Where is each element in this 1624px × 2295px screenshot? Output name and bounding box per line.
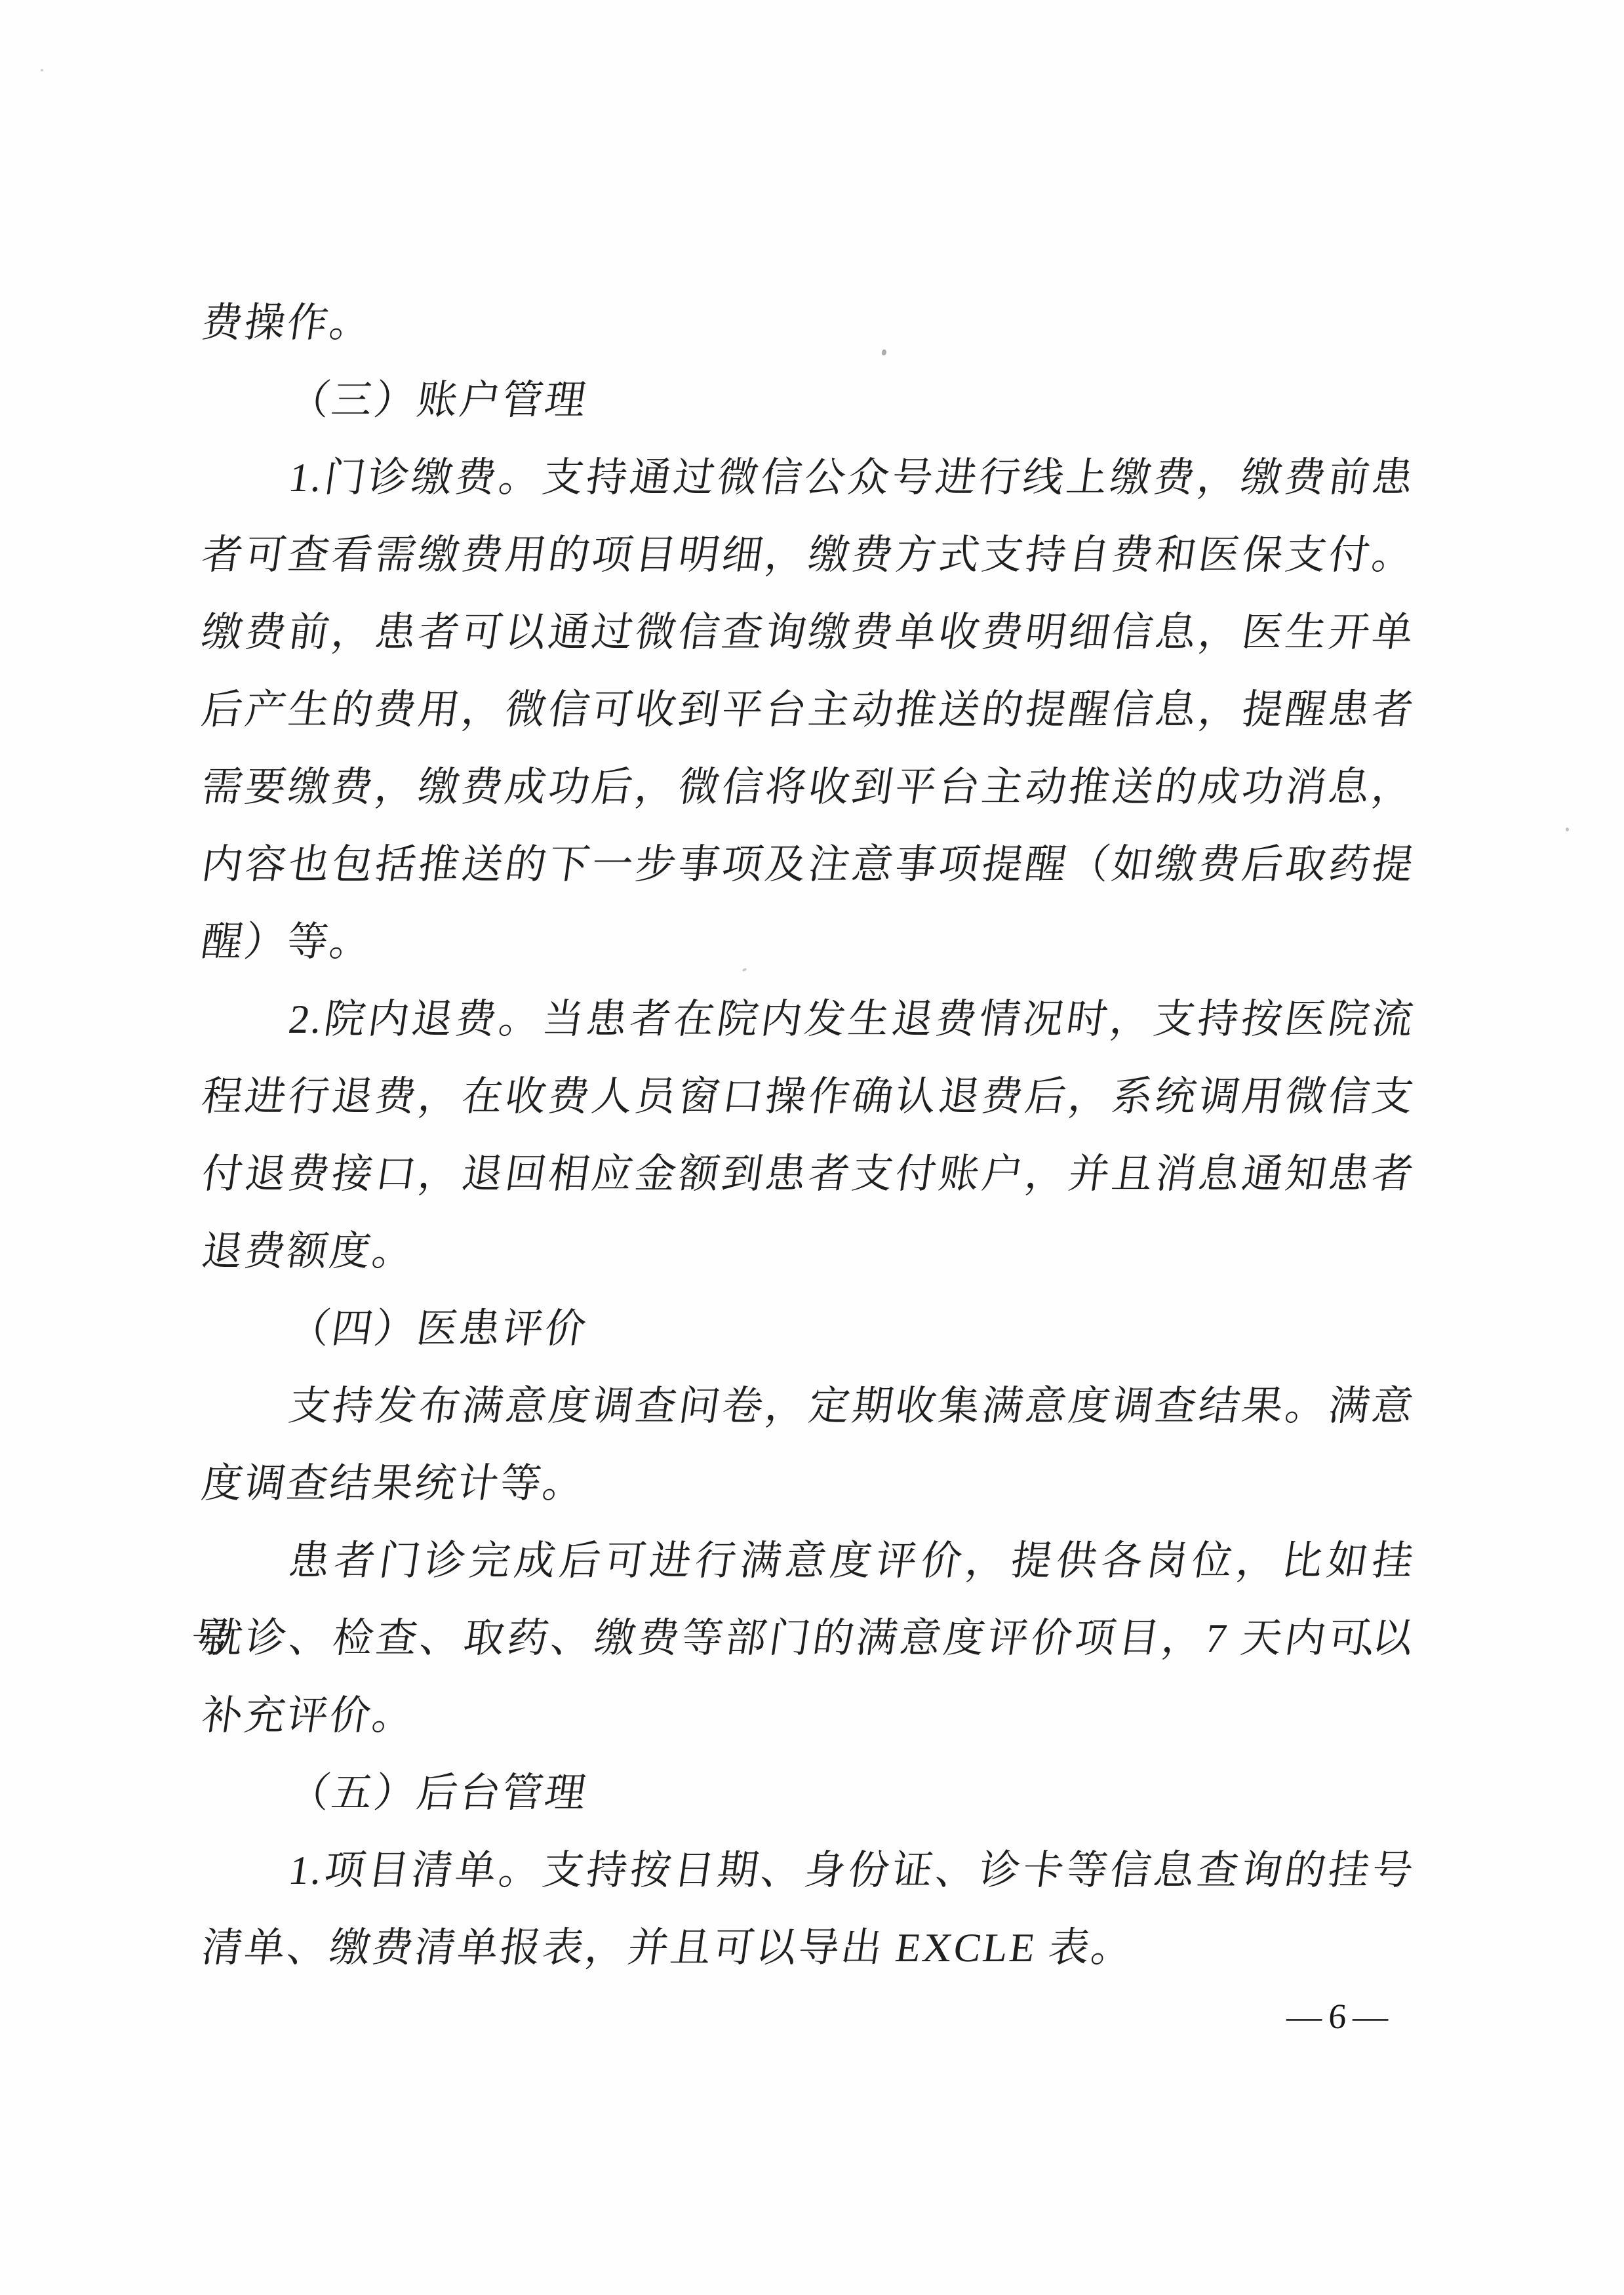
text-line: 退费额度。: [197, 1213, 1421, 1290]
text-line: 度调查结果统计等。: [197, 1445, 1421, 1523]
document-page: 费操作。 （三）账户管理 1.门诊缴费。支持通过微信公众号进行线上缴费，缴费前患…: [0, 0, 1624, 2295]
text-line: 补充评价。: [197, 1677, 1421, 1755]
scan-speck: [41, 69, 43, 71]
scan-speck: [1566, 828, 1569, 831]
section-heading: （五）后台管理: [197, 1755, 1421, 1832]
text-line: 1.项目清单。支持按日期、身份证、诊卡等信息查询的挂号: [197, 1832, 1421, 1909]
text-line: 2.院内退费。当患者在院内发生退费情况时，支持按医院流: [197, 981, 1421, 1058]
text-line: 需要缴费，缴费成功后，微信将收到平台主动推送的成功消息，: [197, 749, 1421, 826]
page-number: —6—: [1238, 1993, 1444, 2039]
text-line: 清单、缴费清单报表，并且可以导出 EXCLE 表。: [197, 1909, 1421, 1987]
text-line: 付退费接口，退回相应金额到患者支付账户，并且消息通知患者: [197, 1136, 1421, 1213]
text-line: 费操作。: [197, 285, 1421, 362]
text-line: 支持发布满意度调查问卷，定期收集满意度调查结果。满意: [197, 1368, 1421, 1445]
text-line: 1.门诊缴费。支持通过微信公众号进行线上缴费，缴费前患: [197, 439, 1421, 517]
text-line: 就诊、检查、取药、缴费等部门的满意度评价项目，7 天内可以: [197, 1600, 1421, 1677]
text-line: 缴费前，患者可以通过微信查询缴费单收费明细信息，医生开单: [197, 594, 1421, 671]
text-line: 程进行退费，在收费人员窗口操作确认退费后，系统调用微信支: [197, 1058, 1421, 1136]
section-heading: （三）账户管理: [197, 362, 1421, 439]
text-line: 者可查看需缴费用的项目明细，缴费方式支持自费和医保支付。: [197, 517, 1421, 594]
section-heading: （四）医患评价: [197, 1290, 1421, 1368]
text-line: 后产生的费用，微信可收到平台主动推送的提醒信息，提醒患者: [197, 671, 1421, 749]
text-line: 醒）等。: [197, 904, 1421, 981]
text-line: 内容也包括推送的下一步事项及注意事项提醒（如缴费后取药提: [197, 826, 1421, 904]
text-line: 患者门诊完成后可进行满意度评价，提供各岗位，比如挂号、: [197, 1523, 1421, 1600]
document-body: 费操作。 （三）账户管理 1.门诊缴费。支持通过微信公众号进行线上缴费，缴费前患…: [202, 285, 1415, 1987]
